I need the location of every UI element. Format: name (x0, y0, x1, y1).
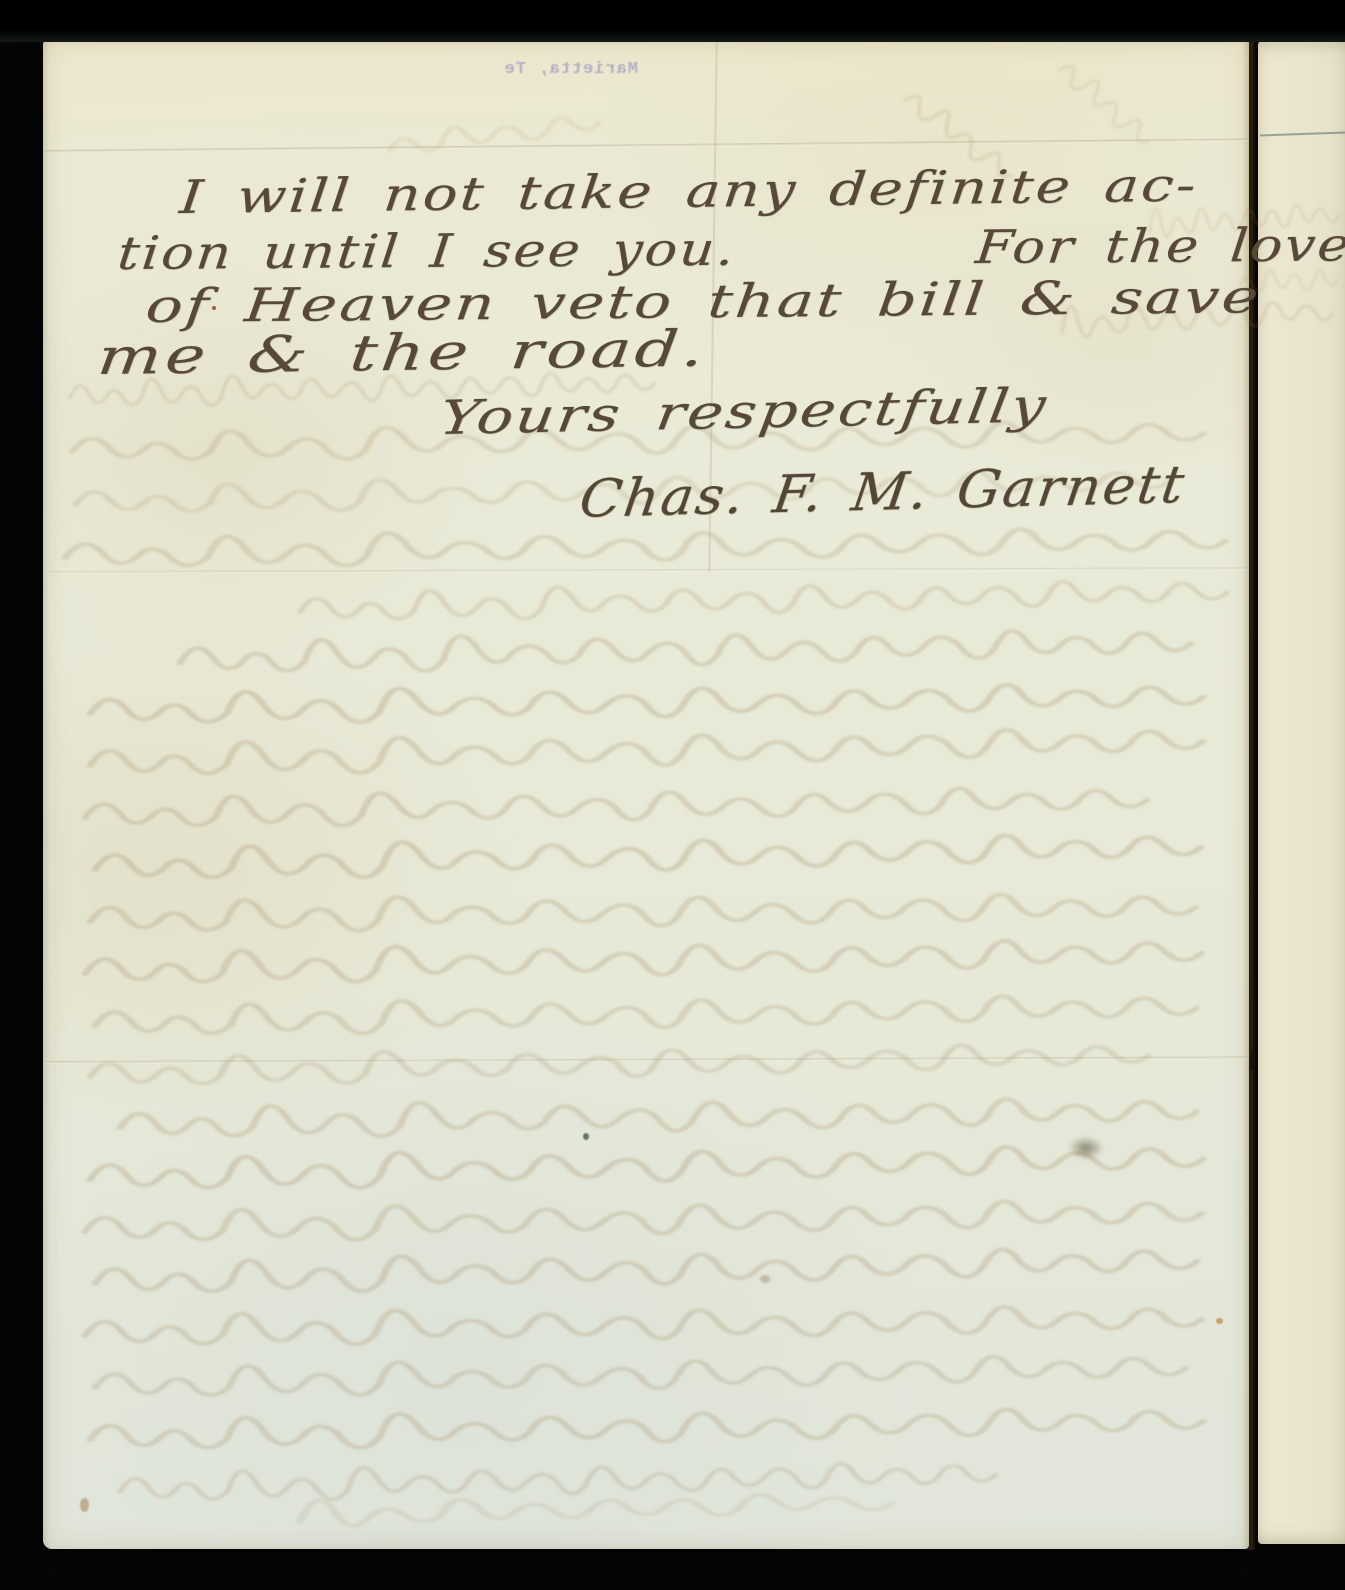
handwriting-line-4: me & the road. (95, 319, 711, 386)
corner-stain (80, 1498, 89, 1512)
ink-speck (583, 1133, 589, 1140)
ink-smudge (1068, 1136, 1104, 1160)
stain-fleck (1216, 1318, 1223, 1324)
photo-background: Marietta, Te I will not take any definit… (0, 0, 1345, 1590)
archival-stamp-showthrough: Marietta, Te (448, 60, 638, 79)
stain-dot (760, 1275, 770, 1283)
fold-ink-tick (1249, 1050, 1255, 1070)
